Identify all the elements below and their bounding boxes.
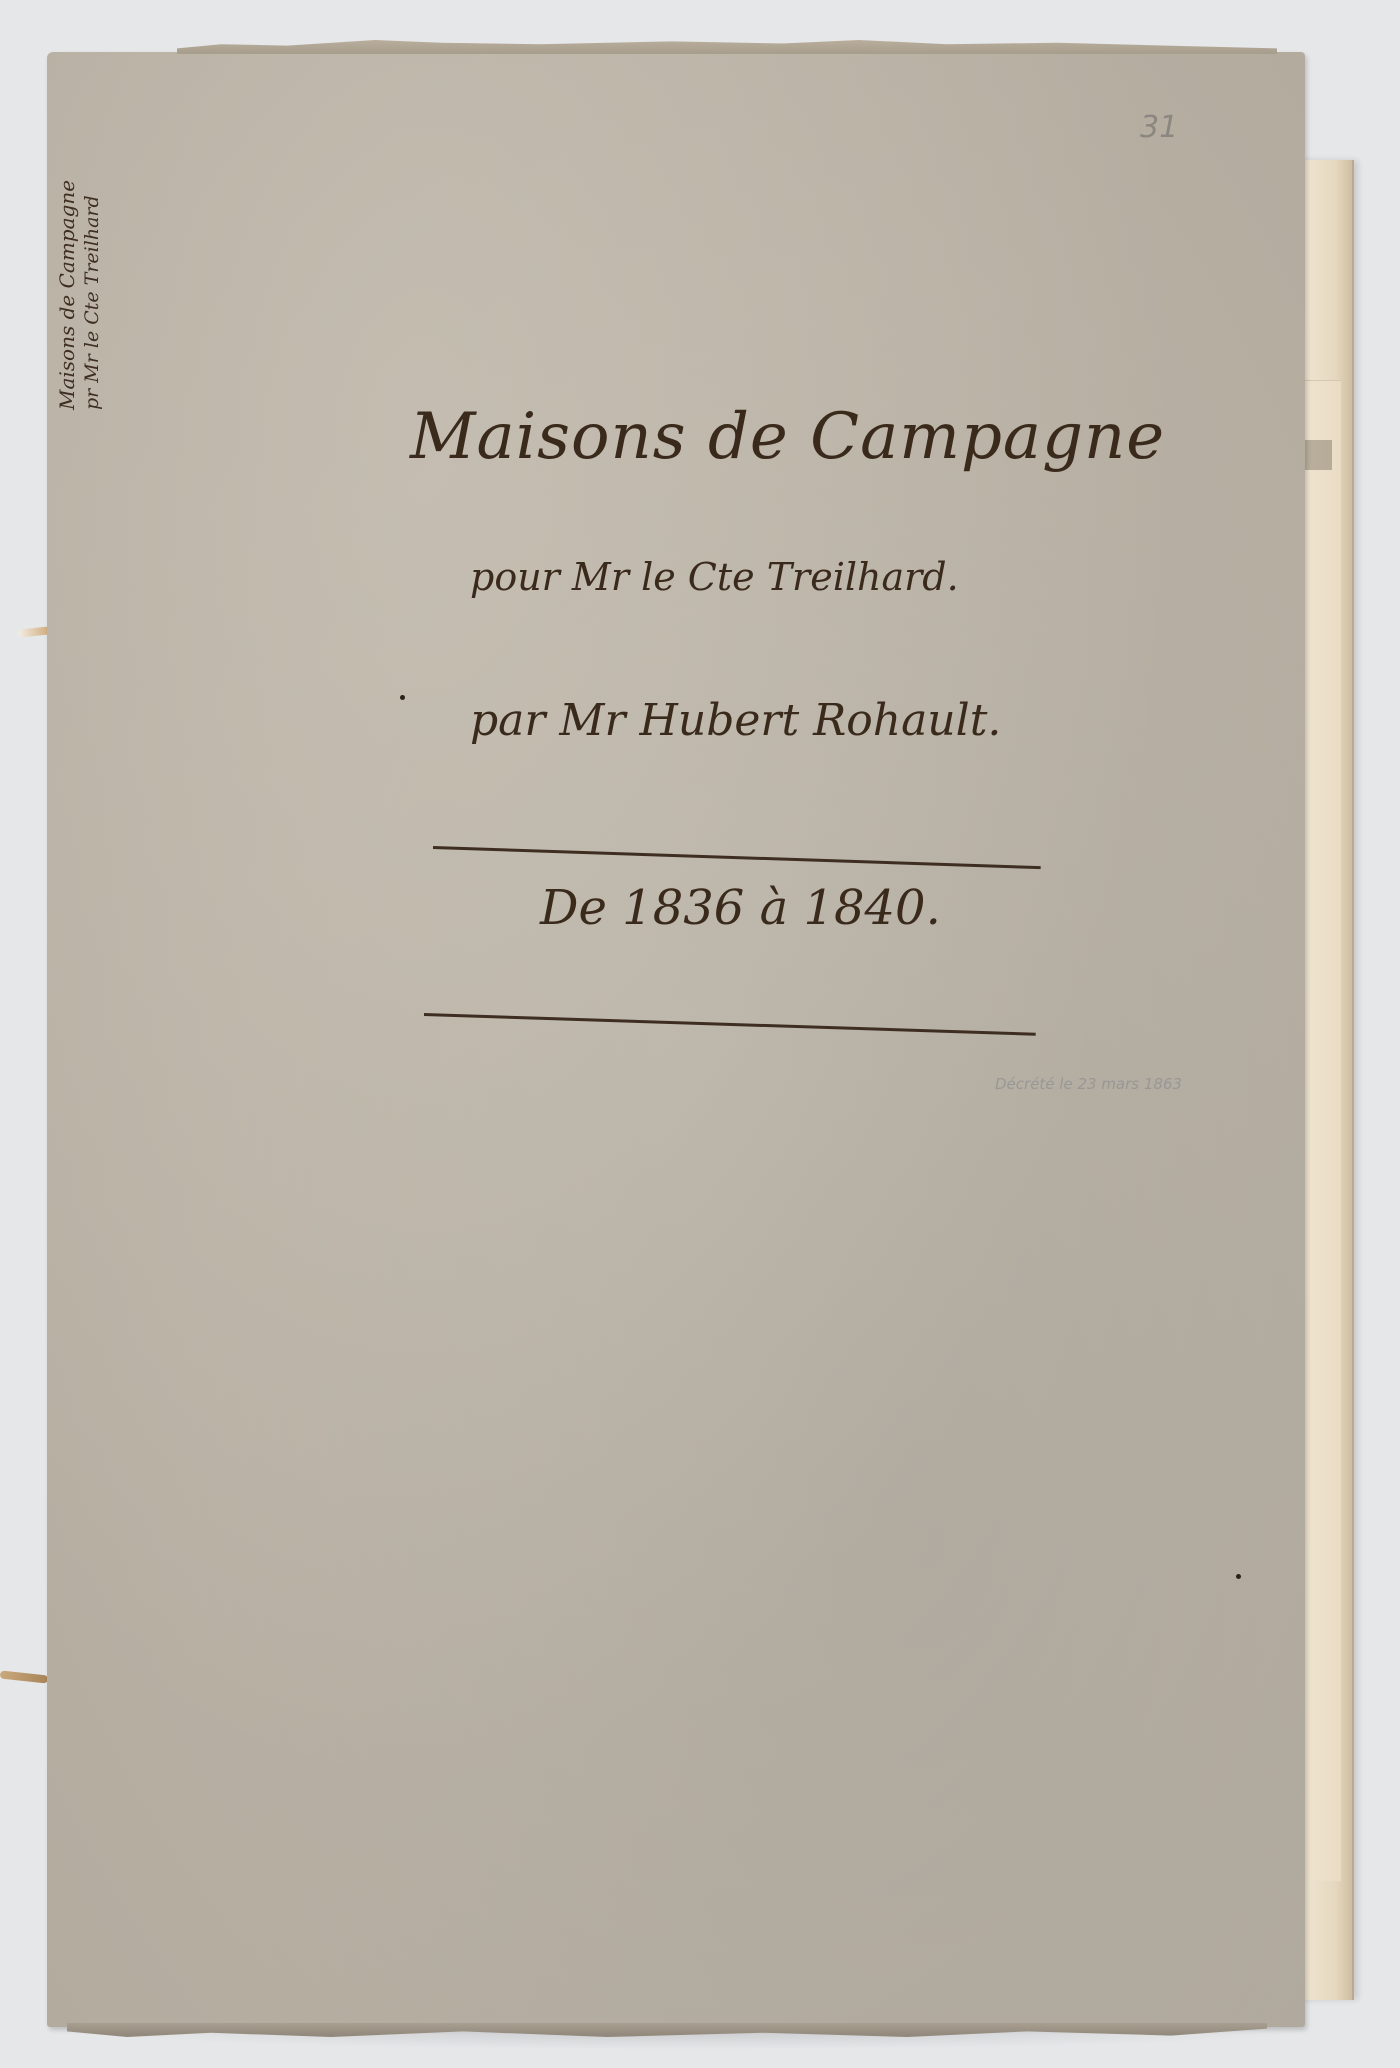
ink-spot [400,695,405,700]
folder-cover [47,52,1305,2027]
frayed-top-edge [177,40,1277,54]
spine-label-line1: Maisons de Campagne [55,180,79,410]
pencil-annotation: Décrété le 23 mars 1863 [995,1075,1182,1093]
folio-number: 31 [1140,110,1178,145]
recipient-line: pour Mr le Cte Treilhard. [470,555,959,599]
document-title: Maisons de Campagne [410,400,1165,474]
binding-string-bottom [0,1671,48,1684]
date-range: De 1836 à 1840. [540,880,941,936]
ink-spot [1236,1574,1241,1579]
spine-label-line2: pr Mr le Cte Treilhard [81,195,103,410]
author-line: par Mr Hubert Rohault. [470,695,1001,746]
binding-string-top [18,626,51,637]
spine-label: Maisons de Campagne pr Mr le Cte Treilha… [55,110,115,410]
